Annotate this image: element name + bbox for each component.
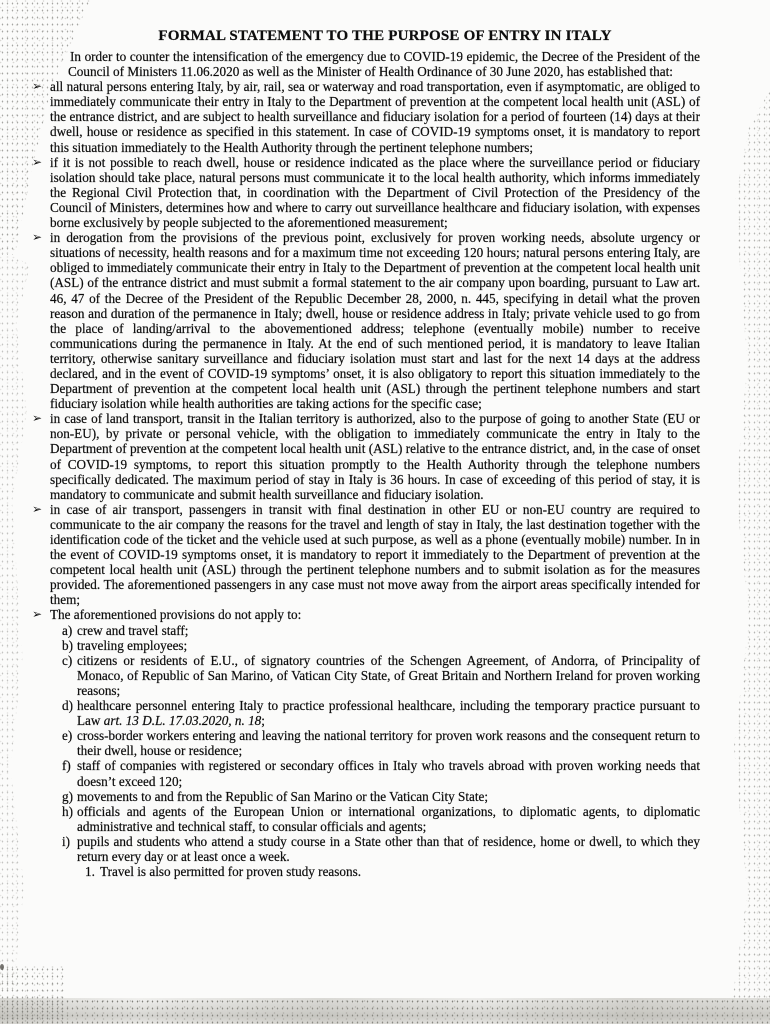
list-item: a) crew and travel staff;	[62, 623, 700, 638]
bullet-text: in derogation from the provisions of the…	[50, 230, 700, 411]
arrow-bullet-icon: ➢	[32, 155, 50, 230]
list-item-text: staff of companies with registered or se…	[77, 758, 700, 788]
exceptions-list: a) crew and travel staff; b) traveling e…	[62, 623, 700, 865]
list-item-letter: a)	[62, 623, 77, 638]
bullet-text: if it is not possible to reach dwell, ho…	[50, 155, 700, 230]
note-number: 1.	[85, 864, 100, 879]
bullet-item: ➢ in derogation from the provisions of t…	[32, 230, 700, 411]
bullet-item: ➢ if it is not possible to reach dwell, …	[32, 155, 700, 230]
list-item-letter: h)	[62, 804, 77, 834]
list-item: g) movements to and from the Republic of…	[62, 789, 700, 804]
list-item-letter: e)	[62, 728, 77, 758]
list-item-text: citizens or residents of E.U., of signat…	[77, 653, 700, 698]
arrow-bullet-icon: ➢	[32, 502, 50, 608]
list-item: c) citizens or residents of E.U., of sig…	[62, 653, 700, 698]
note-text: Travel is also permitted for proven stud…	[100, 864, 361, 879]
scan-noise-bottom-band	[0, 998, 770, 1024]
list-item-letter: f)	[62, 758, 77, 788]
document-title: FORMAL STATEMENT TO THE PURPOSE OF ENTRY…	[32, 28, 738, 45]
list-item-text: crew and travel staff;	[77, 623, 700, 638]
bullet-text: in case of air transport, passengers in …	[50, 502, 700, 608]
list-item: f) staff of companies with registered or…	[62, 758, 700, 788]
list-item: h) officials and agents of the European …	[62, 804, 700, 834]
list-item: e) cross-border workers entering and lea…	[62, 728, 700, 758]
bullet-text: in case of land transport, transit in th…	[50, 411, 700, 502]
bullet-item: ➢ in case of air transport, passengers i…	[32, 502, 700, 608]
list-item-text-italic: art. 13 D.L. 17.03.2020, n. 18	[104, 713, 262, 728]
list-item-text: pupils and students who attend a study c…	[77, 834, 700, 864]
list-item-text: cross-border workers entering and leavin…	[77, 728, 700, 758]
bullet-text: The aforementioned provisions do not app…	[50, 607, 700, 622]
list-item-text: officials and agents of the European Uni…	[77, 804, 700, 834]
list-item-text: healthcare personnel entering Italy to p…	[77, 698, 700, 728]
list-item-letter: i)	[62, 834, 77, 864]
scanned-document-page: FORMAL STATEMENT TO THE PURPOSE OF ENTRY…	[0, 0, 770, 1024]
list-item-text: movements to and from the Republic of Sa…	[77, 789, 700, 804]
intro-paragraph: In order to counter the intensification …	[68, 49, 700, 79]
scan-noise-left-edge	[0, 250, 30, 990]
list-item: i) pupils and students who attend a stud…	[62, 834, 700, 864]
list-item-text: traveling employees;	[77, 638, 700, 653]
list-item-text-suffix: ;	[261, 713, 265, 728]
list-item-letter: b)	[62, 638, 77, 653]
arrow-bullet-icon: ➢	[32, 411, 50, 502]
list-item: b) traveling employees;	[62, 638, 700, 653]
bullet-item: ➢ in case of land transport, transit in …	[32, 411, 700, 502]
list-item-letter: d)	[62, 698, 77, 728]
arrow-bullet-icon: ➢	[32, 230, 50, 411]
numbered-note: 1. Travel is also permitted for proven s…	[85, 864, 738, 879]
scan-noise-dot	[0, 964, 4, 970]
arrow-bullet-icon: ➢	[32, 607, 50, 622]
list-item-letter: g)	[62, 789, 77, 804]
list-item: d) healthcare personnel entering Italy t…	[62, 698, 700, 728]
bullet-item: ➢ The aforementioned provisions do not a…	[32, 607, 700, 622]
list-item-letter: c)	[62, 653, 77, 698]
document-content: FORMAL STATEMENT TO THE PURPOSE OF ENTRY…	[32, 28, 738, 879]
bullet-item: ➢ all natural persons entering Italy, by…	[32, 79, 700, 154]
arrow-bullet-icon: ➢	[32, 79, 50, 154]
scan-noise-bottom-left	[0, 966, 64, 1024]
bullet-text: all natural persons entering Italy, by a…	[50, 79, 700, 154]
